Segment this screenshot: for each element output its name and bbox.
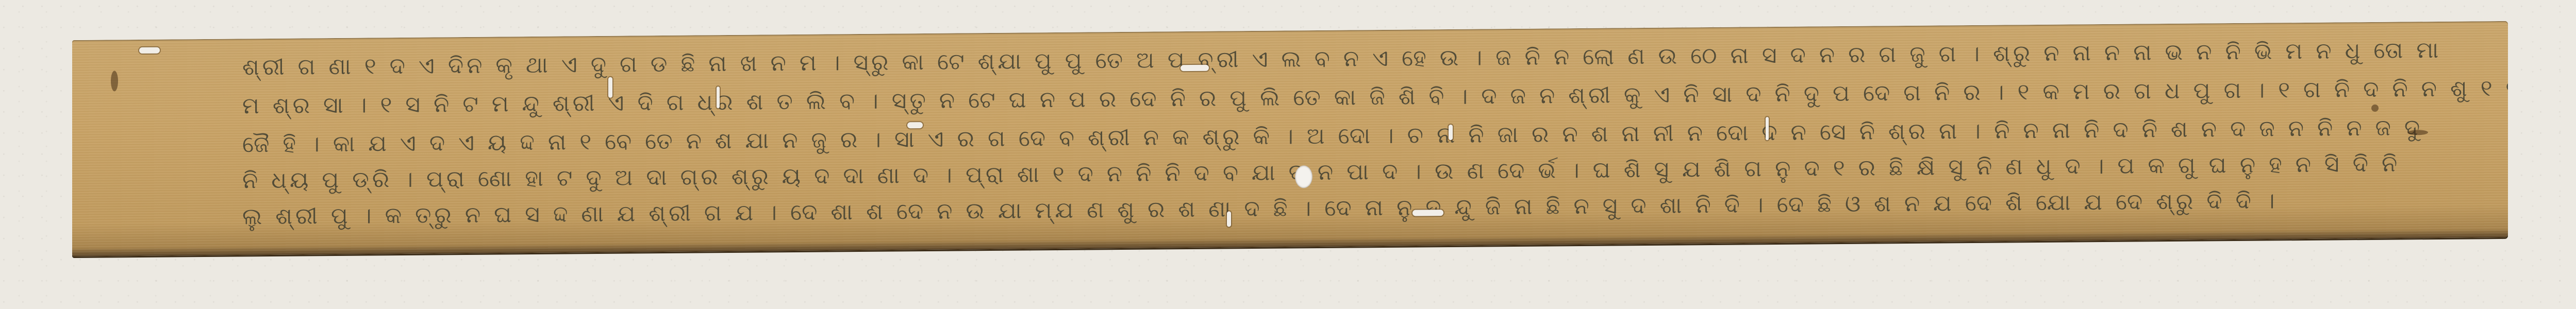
stain xyxy=(2371,105,2379,112)
manuscript-line-5: ଲୁ ଶ୍ରୀ ପୁ । କ ତ୍ରୁ ନ ଘ ସ ଦ୍ଦ ଣା ଯ ଶ୍ରୀ … xyxy=(242,186,2508,230)
worm-hole xyxy=(907,122,923,128)
stain xyxy=(111,71,118,91)
worm-hole xyxy=(1181,65,1209,71)
worm-hole xyxy=(1412,210,1443,216)
binding-hole xyxy=(1295,165,1312,188)
worm-hole xyxy=(717,87,720,108)
manuscript-line-2: ମ ଶ୍ର ସା । ୧ ସ ନି ଟ ମ ନ୍ଦୁ ଶ୍ରୀ ଏ ଦି ଗ ଧ… xyxy=(242,75,2508,119)
worm-hole xyxy=(1227,211,1231,227)
worm-hole xyxy=(608,77,612,98)
worm-hole xyxy=(139,47,160,54)
manuscript-line-1: ଶ୍ରୀ ଗ ଣା ୧ ଦ ଏ ଦିନ କୃ ଥା ଏ ଦୁ ଗ ଡ ଛି ନା… xyxy=(242,37,2508,81)
worm-hole xyxy=(1766,117,1769,140)
worm-hole xyxy=(1449,125,1453,140)
palm-leaf-manuscript: ଶ୍ରୀ ଗ ଣା ୧ ଦ ଏ ଦିନ କୃ ଥା ଏ ଦୁ ଗ ଡ ଛି ନା… xyxy=(72,21,2508,256)
manuscript-line-4: ନି ଧ୍ୟ ପୁ ଡ୍ରି । ପ୍ରା ଣୋ ହା ଟ ଦୁ ଅ ଦା ଗ୍… xyxy=(242,150,2508,194)
manuscript-line-3: ଜୈ ହି । କା ଯ ଏ ଦ ଏ ୟ ଦ୍ଦ ନା ୧ ବେ ତେ ନ ଶ … xyxy=(242,114,2508,158)
